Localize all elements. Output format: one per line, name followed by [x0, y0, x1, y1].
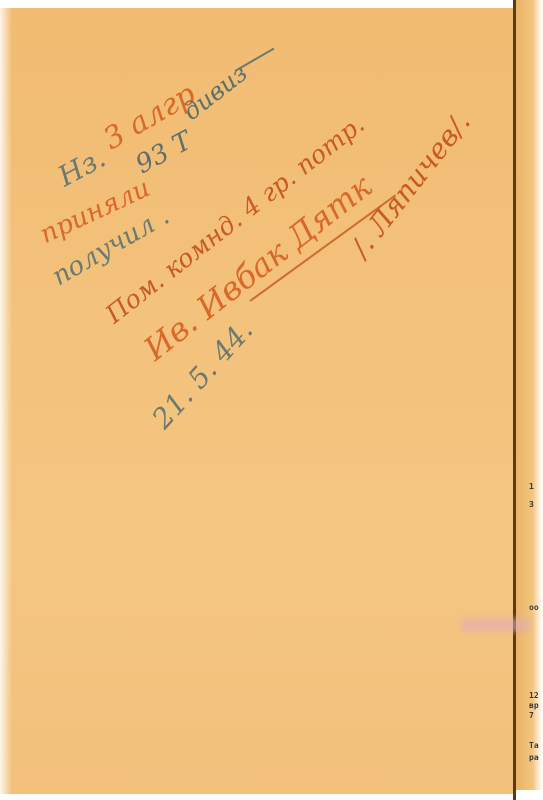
typed-fragment: вр: [529, 701, 543, 710]
typed-fragment: оо: [529, 603, 543, 612]
typed-fragment: ра: [529, 753, 543, 762]
page-edge-highlight: [0, 8, 12, 794]
adjacent-page-edge: [533, 0, 543, 800]
typed-fragment: 12: [529, 691, 543, 700]
typed-fragment: Та: [529, 741, 543, 750]
typed-fragment: 7: [529, 711, 543, 720]
binding-spine: [513, 0, 516, 800]
typed-fragment: 3: [529, 500, 543, 509]
stain: [462, 618, 530, 632]
typed-fragment: 1: [529, 482, 543, 491]
